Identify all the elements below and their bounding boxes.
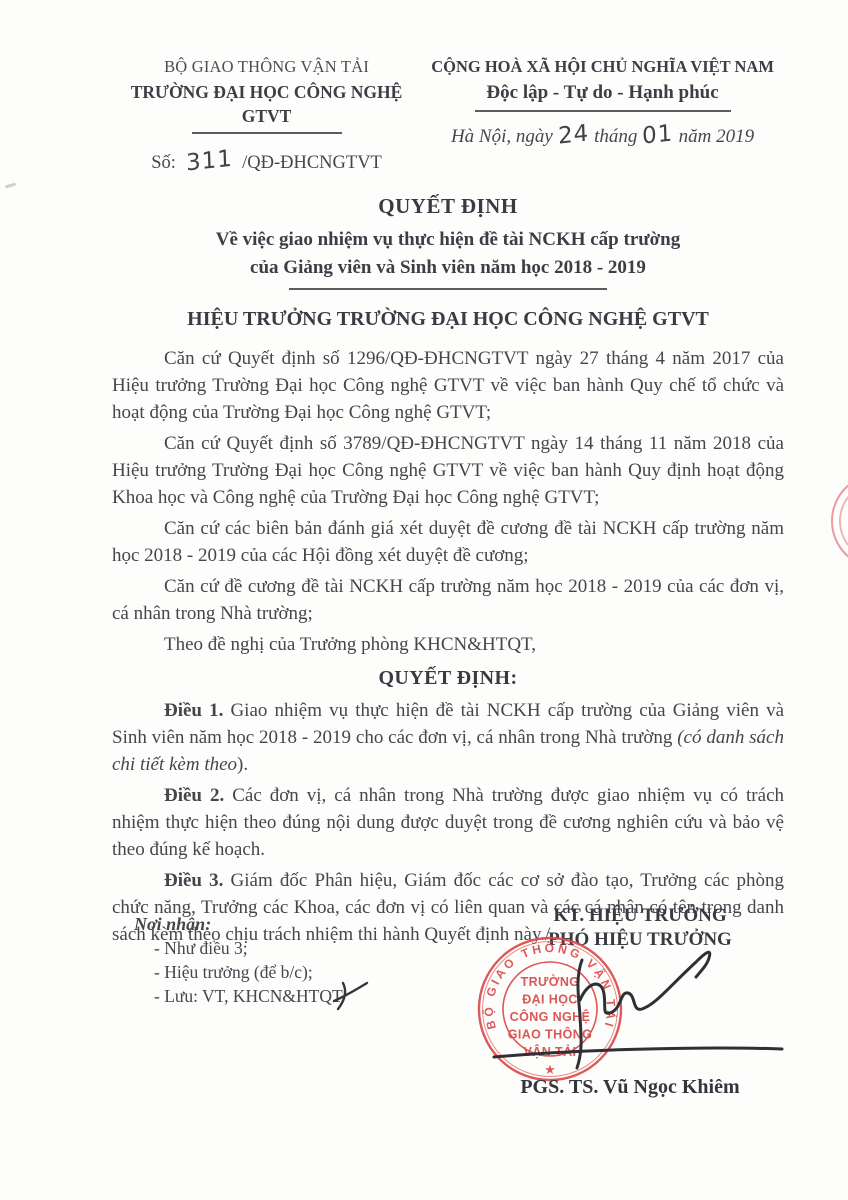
document-content: BỘ GIAO THÔNG VẬN TẢI TRƯỜNG ĐẠI HỌC CÔN… <box>112 56 784 952</box>
month-handwritten: 01 <box>642 122 674 148</box>
issuing-org-block: BỘ GIAO THÔNG VẬN TẢI TRƯỜNG ĐẠI HỌC CÔN… <box>112 56 421 174</box>
doc-number-prefix: Số: <box>151 153 176 173</box>
recipient-item: - Hiệu trưởng (để b/c); <box>154 960 343 984</box>
article-2-label: Điều 2. <box>164 785 224 806</box>
signer-name: PGS. TS. Vũ Ngọc Khiêm <box>480 1076 780 1099</box>
scan-smudge <box>5 182 16 188</box>
date-part3: năm 2019 <box>679 126 754 147</box>
decision-title: QUYẾT ĐỊNH <box>112 194 784 219</box>
recipient-item: - Như điều 3; <box>154 936 343 960</box>
place-date-line: Hà Nội, ngày24tháng01năm 2019 <box>421 124 784 148</box>
preamble-paragraph: Căn cứ Quyết định số 3789/QĐ-ĐHCNGTVT ng… <box>112 430 784 511</box>
article-1-tail: ). <box>237 754 248 775</box>
recipients-block: Nơi nhận: - Như điều 3; - Hiệu trưởng (đ… <box>134 912 343 1008</box>
recipients-heading: Nơi nhận: <box>134 912 343 936</box>
handwritten-initials-mark <box>330 980 370 1012</box>
national-title: CỘNG HOÀ XÃ HỘI CHỦ NGHĨA VIỆT NAM <box>421 56 784 78</box>
document-number-line: Số: 311 /QĐ-ĐHCNGTVT <box>112 150 421 174</box>
date-part2: tháng <box>594 126 637 147</box>
preamble-paragraph: Căn cứ các biên bản đánh giá xét duyệt đ… <box>112 515 784 569</box>
decision-subject-line2: của Giảng viên và Sinh viên năm học 2018… <box>112 255 784 280</box>
article-1: Điều 1. Giao nhiệm vụ thực hiện đề tài N… <box>112 697 784 778</box>
title-block: QUYẾT ĐỊNH Về việc giao nhiệm vụ thực hi… <box>112 194 784 331</box>
day-handwritten: 24 <box>557 122 589 148</box>
signing-authority-line: KT. HIỆU TRƯỞNG <box>490 905 790 927</box>
national-motto: Độc lập - Tự do - Hạnh phúc <box>421 80 784 106</box>
decision-operative-heading: QUYẾT ĐỊNH: <box>112 667 784 690</box>
handwritten-signature <box>484 938 794 1078</box>
ministry-name: BỘ GIAO THÔNG VẬN TẢI <box>112 56 421 78</box>
date-part1: Hà Nội, ngày <box>451 126 553 147</box>
document-page: BỘ GIAO THÔNG VẬN TẢI TRƯỜNG ĐẠI HỌC CÔN… <box>0 0 848 1200</box>
national-header-block: CỘNG HOÀ XÃ HỘI CHỦ NGHĨA VIỆT NAM Độc l… <box>421 56 784 174</box>
article-1-label: Điều 1. <box>164 700 223 721</box>
doc-number-suffix: /QĐ-ĐHCNGTVT <box>242 153 382 173</box>
header-underline-left <box>192 132 342 134</box>
preamble-section: Căn cứ Quyết định số 1296/QĐ-ĐHCNGTVT ng… <box>112 345 784 658</box>
preamble-paragraph: Căn cứ đề cương đề tài NCKH cấp trường n… <box>112 573 784 627</box>
title-underline <box>289 288 607 290</box>
article-2: Điều 2. Các đơn vị, cá nhân trong Nhà tr… <box>112 782 784 863</box>
decision-subject-line1: Về việc giao nhiệm vụ thực hiện đề tài N… <box>112 227 784 252</box>
doc-number-handwritten: 311 <box>185 148 232 176</box>
document-header: BỘ GIAO THÔNG VẬN TẢI TRƯỜNG ĐẠI HỌC CÔN… <box>112 56 784 174</box>
issuer-heading: HIỆU TRƯỞNG TRƯỜNG ĐẠI HỌC CÔNG NGHỆ GTV… <box>112 308 784 331</box>
university-name: TRƯỜNG ĐẠI HỌC CÔNG NGHỆ GTVT <box>112 80 421 128</box>
header-underline-right <box>475 110 731 112</box>
preamble-paragraph: Căn cứ Quyết định số 1296/QĐ-ĐHCNGTVT ng… <box>112 345 784 426</box>
signature-footer: Nơi nhận: - Như điều 3; - Hiệu trưởng (đ… <box>112 900 784 1190</box>
preamble-paragraph: Theo đề nghị của Trưởng phòng KHCN&HTQT, <box>112 631 784 658</box>
recipient-item: - Lưu: VT, KHCN&HTQT <box>154 984 343 1008</box>
article-3-label: Điều 3. <box>164 870 223 891</box>
